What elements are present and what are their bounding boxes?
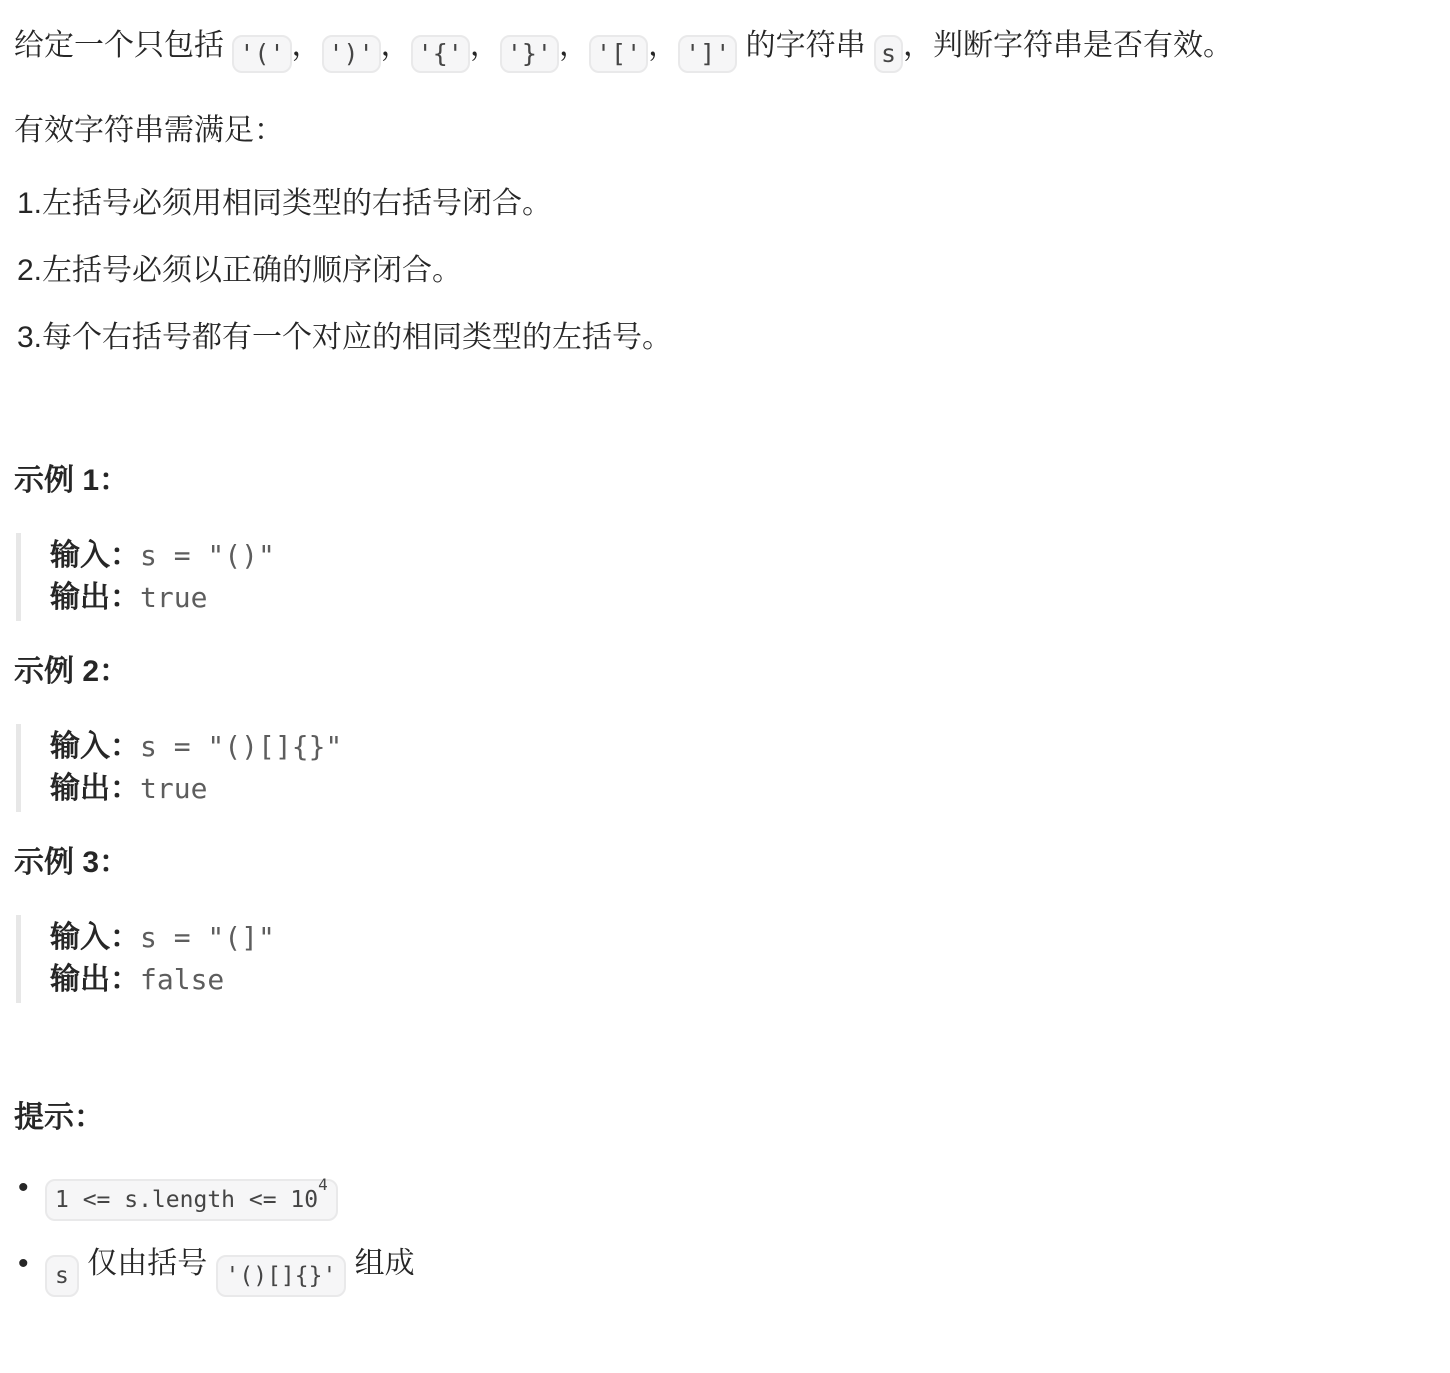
input-label: 输入： bbox=[50, 921, 140, 954]
example-3-title: 示例 3： bbox=[14, 840, 1436, 885]
example-3-input-line: 输入：s = "(]" bbox=[50, 917, 1436, 959]
statement-separator: ， bbox=[381, 29, 411, 62]
example-2-title: 示例 2： bbox=[14, 649, 1436, 694]
rule-item-2: 2.左括号必须以正确的顺序闭合。 bbox=[14, 248, 1436, 293]
inline-code-brackets: '()[]{}' bbox=[216, 1255, 347, 1297]
example-1-output-line: 输出：true bbox=[50, 577, 1436, 619]
inline-code-close-brace: '}' bbox=[500, 35, 559, 73]
example-1-title: 示例 1： bbox=[14, 458, 1436, 503]
statement-text: 的字符串 bbox=[737, 29, 874, 62]
problem-description: 给定一个只包括 '('，')'，'{'，'}'，'['，']' 的字符串 s，判… bbox=[14, 23, 1436, 1297]
input-label: 输入： bbox=[50, 539, 140, 572]
rule-item-3: 3.每个右括号都有一个对应的相同类型的左括号。 bbox=[14, 315, 1436, 360]
statement-text: 给定一个只包括 bbox=[14, 29, 232, 62]
rule-number: 1. bbox=[17, 181, 42, 226]
inline-code-close-paren: ')' bbox=[322, 35, 381, 73]
rule-text: 每个右括号都有一个对应的相同类型的左括号。 bbox=[42, 321, 672, 354]
inline-code-close-bracket: ']' bbox=[678, 35, 737, 73]
example-3-output-value: false bbox=[140, 963, 224, 996]
example-1-input-value: s = "()" bbox=[140, 539, 275, 572]
input-label: 输入： bbox=[50, 730, 140, 763]
rules-list: 1.左括号必须用相同类型的右括号闭合。 2.左括号必须以正确的顺序闭合。 3.每… bbox=[14, 181, 1436, 360]
example-3-output-line: 输出：false bbox=[50, 959, 1436, 1001]
inline-code-open-bracket: '[' bbox=[589, 35, 648, 73]
example-2-output-value: true bbox=[140, 772, 207, 805]
example-1-output-value: true bbox=[140, 581, 207, 614]
hint-text: 仅由括号 bbox=[79, 1247, 216, 1280]
constraint-base: 1 <= s.length <= 10 bbox=[55, 1187, 318, 1213]
problem-statement: 给定一个只包括 '('，')'，'{'，'}'，'['，']' 的字符串 s，判… bbox=[14, 23, 1436, 73]
statement-separator: ， bbox=[648, 29, 678, 62]
example-2-input-line: 输入：s = "()[]{}" bbox=[50, 726, 1436, 768]
rule-text: 左括号必须用相同类型的右括号闭合。 bbox=[42, 187, 552, 220]
statement-text: ，判断字符串是否有效。 bbox=[903, 29, 1233, 62]
hint-text: 组成 bbox=[346, 1247, 414, 1280]
statement-separator: ， bbox=[559, 29, 589, 62]
example-3-block: 输入：s = "(]" 输出：false bbox=[16, 915, 1436, 1003]
output-label: 输出： bbox=[50, 963, 140, 996]
constraint-exponent: 4 bbox=[318, 1175, 328, 1194]
hint-item-charset-constraint: s 仅由括号 '()[]{}' 组成 bbox=[14, 1241, 1436, 1297]
example-2-block: 输入：s = "()[]{}" 输出：true bbox=[16, 724, 1436, 812]
hints-title: 提示： bbox=[14, 1095, 1436, 1140]
inline-code-open-brace: '{' bbox=[411, 35, 470, 73]
example-2-output-line: 输出：true bbox=[50, 768, 1436, 810]
example-1-block: 输入：s = "()" 输出：true bbox=[16, 533, 1436, 621]
output-label: 输出： bbox=[50, 772, 140, 805]
inline-code-open-paren: '(' bbox=[232, 35, 291, 73]
valid-conditions-intro: 有效字符串需满足： bbox=[14, 108, 1436, 153]
example-3-input-value: s = "(]" bbox=[140, 921, 275, 954]
output-label: 输出： bbox=[50, 581, 140, 614]
inline-code-s: s bbox=[874, 35, 903, 73]
example-2-input-value: s = "()[]{}" bbox=[140, 730, 342, 763]
inline-code-s: s bbox=[45, 1255, 79, 1297]
rule-number: 3. bbox=[17, 315, 42, 360]
statement-separator: ， bbox=[470, 29, 500, 62]
statement-separator: ， bbox=[292, 29, 322, 62]
inline-code-length-constraint: 1 <= s.length <= 104 bbox=[45, 1179, 338, 1221]
hints-list: 1 <= s.length <= 104 s 仅由括号 '()[]{}' 组成 bbox=[14, 1165, 1436, 1297]
rule-number: 2. bbox=[17, 248, 42, 293]
example-1-input-line: 输入：s = "()" bbox=[50, 535, 1436, 577]
rule-text: 左括号必须以正确的顺序闭合。 bbox=[42, 254, 462, 287]
rule-item-1: 1.左括号必须用相同类型的右括号闭合。 bbox=[14, 181, 1436, 226]
hint-item-length-constraint: 1 <= s.length <= 104 bbox=[14, 1165, 1436, 1221]
